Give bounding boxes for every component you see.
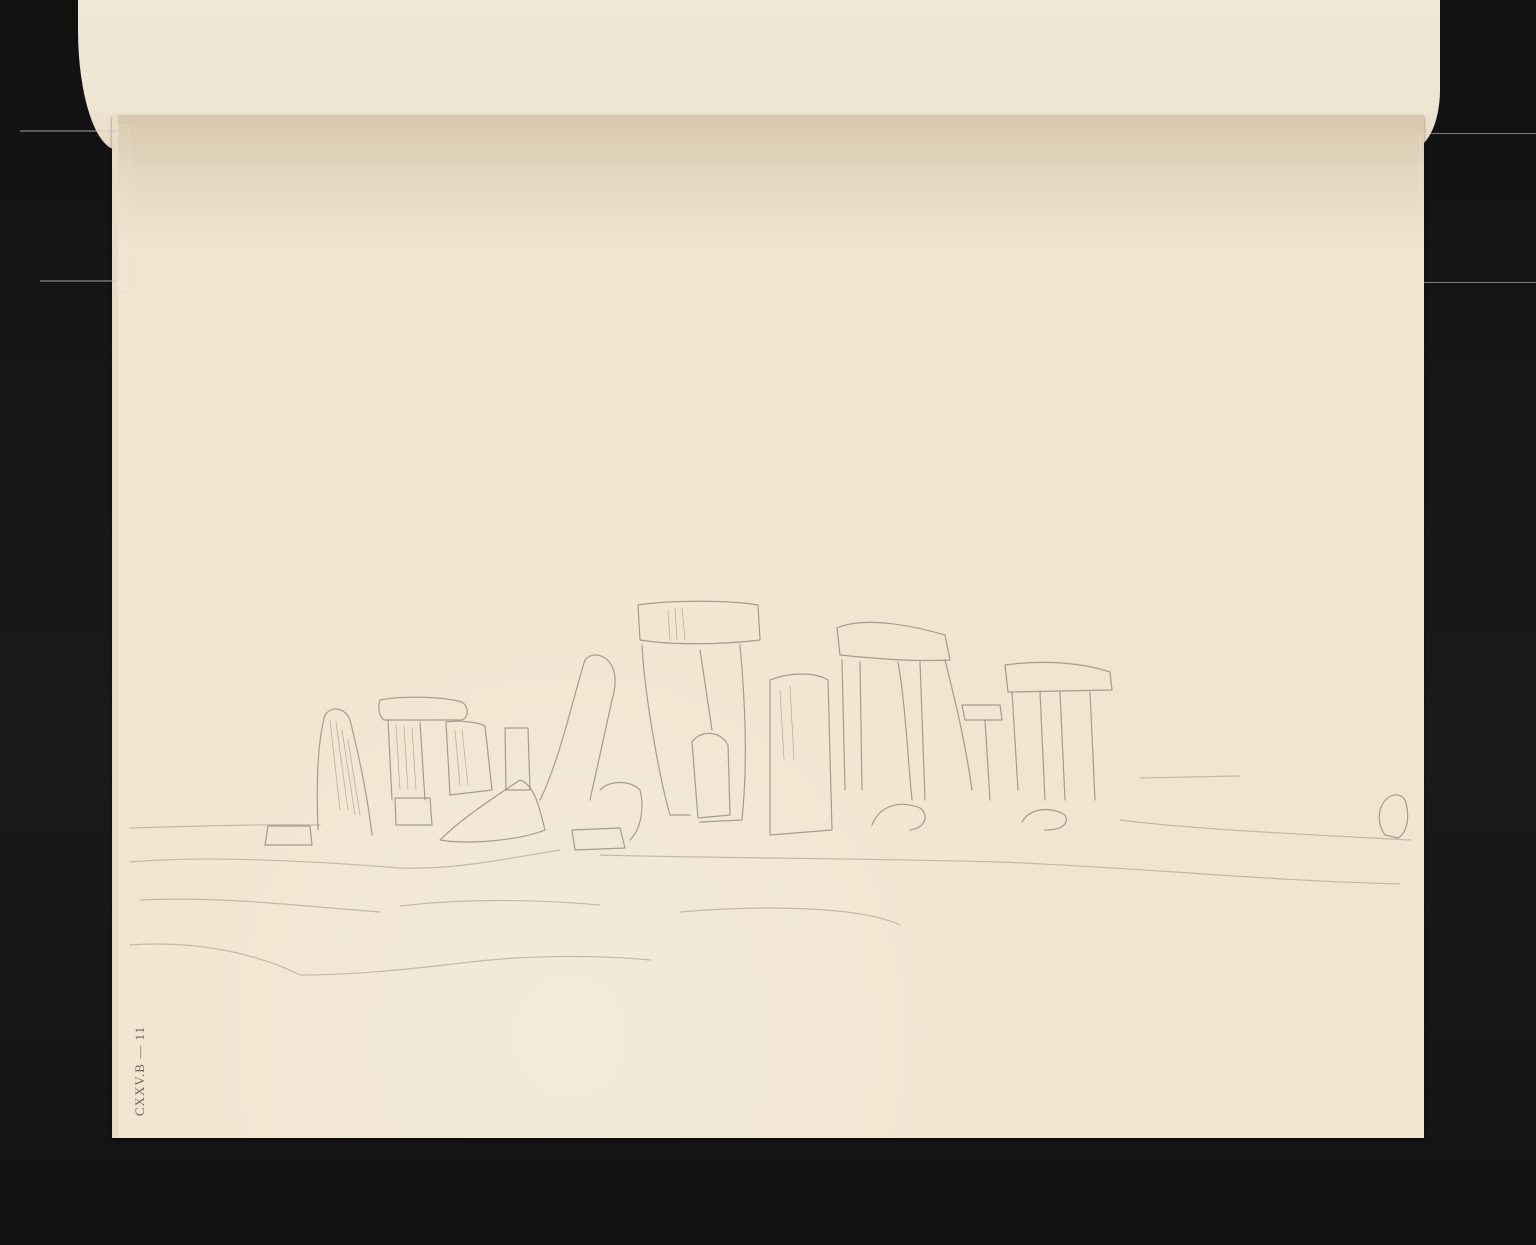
- catalogue-inscription: CXXV.B — 11: [132, 1026, 148, 1116]
- stonehenge-sketch: [0, 0, 1536, 1245]
